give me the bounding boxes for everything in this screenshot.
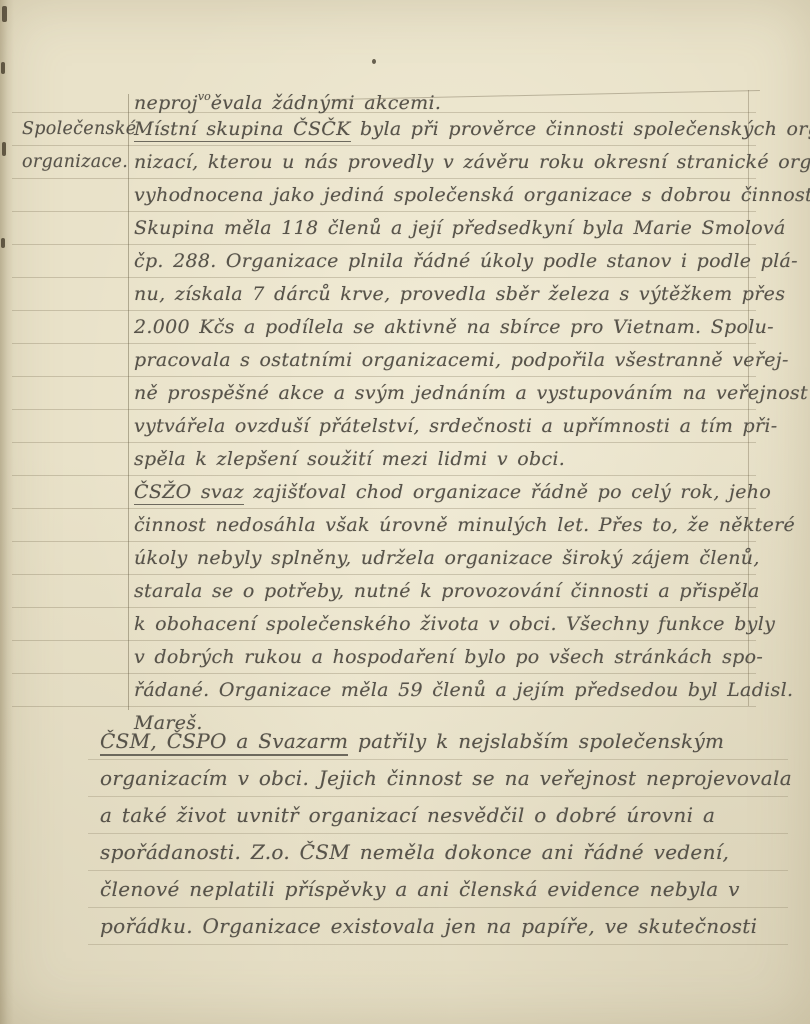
text-segment: spěla k zlepšení soužití mezi lidmi v ob… (134, 448, 565, 470)
handwritten-line: členové neplatili příspěvky a ani člensk… (100, 871, 800, 908)
margin-annotation-line: organizace. (22, 146, 126, 179)
text-segment: spořádanosti. Z.o. ČSM neměla dokonce an… (100, 840, 729, 864)
text-segment: ně prospěšné akce a svým jednáním a vyst… (134, 382, 808, 404)
text-segment: byla při prověrce činnosti společenských… (351, 118, 810, 140)
handwritten-line: a také život uvnitř organizací nesvědčil… (100, 797, 800, 834)
text-segment: činnost nedosáhla však úrovně minulých l… (134, 514, 795, 536)
page-edge-mark (2, 6, 7, 22)
text-segment: k obohacení společenského života v obci.… (134, 613, 775, 635)
text-segment: starala se o potřeby, nutné k provozován… (134, 580, 760, 602)
text-segment: zajišťoval chod organizace řádně po celý… (244, 481, 771, 503)
text-segment: patřily k nejslabším společenským (348, 729, 724, 753)
handwritten-line: pořádku. Organizace existovala jen na pa… (100, 908, 800, 945)
text-segment: v dobrých rukou a hospodaření bylo po vš… (134, 646, 763, 668)
handwritten-line: Místní skupina ČSČK byla při prověrce či… (134, 113, 756, 146)
text-segment: 2.000 Kčs a podílela se aktivně na sbírc… (134, 316, 774, 338)
inserted-correction: vo (198, 90, 211, 103)
text-segment: vyhodnocena jako jediná společenská orga… (134, 184, 810, 206)
handwritten-line: činnost nedosáhla však úrovně minulých l… (134, 509, 756, 542)
text-segment: nu, získala 7 dárců krve, provedla sběr … (134, 283, 785, 305)
handwritten-line: čp. 288. Organizace plnila řádné úkoly p… (134, 245, 756, 278)
text-segment: řádané. Organizace měla 59 členů a jejím… (134, 679, 793, 701)
handwritten-line: v dobrých rukou a hospodaření bylo po vš… (134, 641, 756, 674)
handwritten-line: nu, získala 7 dárců krve, provedla sběr … (134, 278, 756, 311)
text-segment: organizacím v obci. Jejich činnost se na… (100, 766, 792, 790)
margin-annotation-line: Společenské (22, 113, 126, 146)
page-edge-mark (1, 62, 5, 74)
text-segment: neproj (134, 92, 198, 114)
handwritten-line: organizacím v obci. Jejich činnost se na… (100, 760, 800, 797)
chronicle-page: Společenské organizace. neprojvoěvala žá… (0, 0, 810, 1024)
underlined-heading: Místní skupina ČSČK (134, 118, 351, 142)
handwritten-line: neprojvoěvala žádnými akcemi. (134, 80, 756, 113)
text-segment: ěvala žádnými akcemi. (211, 92, 442, 114)
text-segment: vytvářela ovzduší přátelství, srdečnosti… (134, 415, 777, 437)
handwritten-line: starala se o potřeby, nutné k provozován… (134, 575, 756, 608)
handwritten-text-block: neprojvoěvala žádnými akcemi.Místní skup… (134, 80, 756, 740)
handwritten-line: pracovala s ostatními organizacemi, podp… (134, 344, 756, 377)
handwritten-line: spořádanosti. Z.o. ČSM neměla dokonce an… (100, 834, 800, 871)
handwritten-line: vyhodnocena jako jediná společenská orga… (134, 179, 756, 212)
text-segment: pořádku. Organizace existovala jen na pa… (100, 914, 757, 938)
underlined-heading: ČSŽO svaz (134, 481, 244, 505)
handwritten-line: ČSM, ČSPO a Svazarm patřily k nejslabším… (100, 723, 800, 760)
handwritten-text-block-bottom: ČSM, ČSPO a Svazarm patřily k nejslabším… (100, 723, 800, 945)
margin-annotation: Společenské organizace. (22, 113, 126, 179)
handwritten-line: k obohacení společenského života v obci.… (134, 608, 756, 641)
page-edge-mark (1, 238, 5, 248)
handwritten-line: vytvářela ovzduší přátelství, srdečnosti… (134, 410, 756, 443)
handwritten-line: ČSŽO svaz zajišťoval chod organizace řád… (134, 476, 756, 509)
margin-rule-line (128, 94, 129, 710)
handwritten-line: spěla k zlepšení soužití mezi lidmi v ob… (134, 443, 756, 476)
handwritten-line: nizací, kterou u nás provedly v závěru r… (134, 146, 756, 179)
handwritten-line: ně prospěšné akce a svým jednáním a vyst… (134, 377, 756, 410)
text-segment: úkoly nebyly splněny, udržela organizace… (134, 547, 760, 569)
handwritten-line: Skupina měla 118 členů a její předsedkyn… (134, 212, 756, 245)
underlined-heading: ČSM, ČSPO a Svazarm (100, 729, 348, 756)
page-edge-mark (2, 142, 6, 156)
text-segment: nizací, kterou u nás provedly v závěru r… (134, 151, 810, 173)
text-segment: členové neplatili příspěvky a ani člensk… (100, 877, 740, 901)
text-segment: pracovala s ostatními organizacemi, podp… (134, 349, 789, 371)
handwritten-line: úkoly nebyly splněny, udržela organizace… (134, 542, 756, 575)
text-segment: a také život uvnitř organizací nesvědčil… (100, 803, 715, 827)
ink-dot (372, 59, 376, 64)
text-segment: Skupina měla 118 členů a její předsedkyn… (134, 217, 786, 239)
handwritten-line: řádané. Organizace měla 59 členů a jejím… (134, 674, 756, 707)
handwritten-line: 2.000 Kčs a podílela se aktivně na sbírc… (134, 311, 756, 344)
text-segment: čp. 288. Organizace plnila řádné úkoly p… (134, 250, 798, 272)
